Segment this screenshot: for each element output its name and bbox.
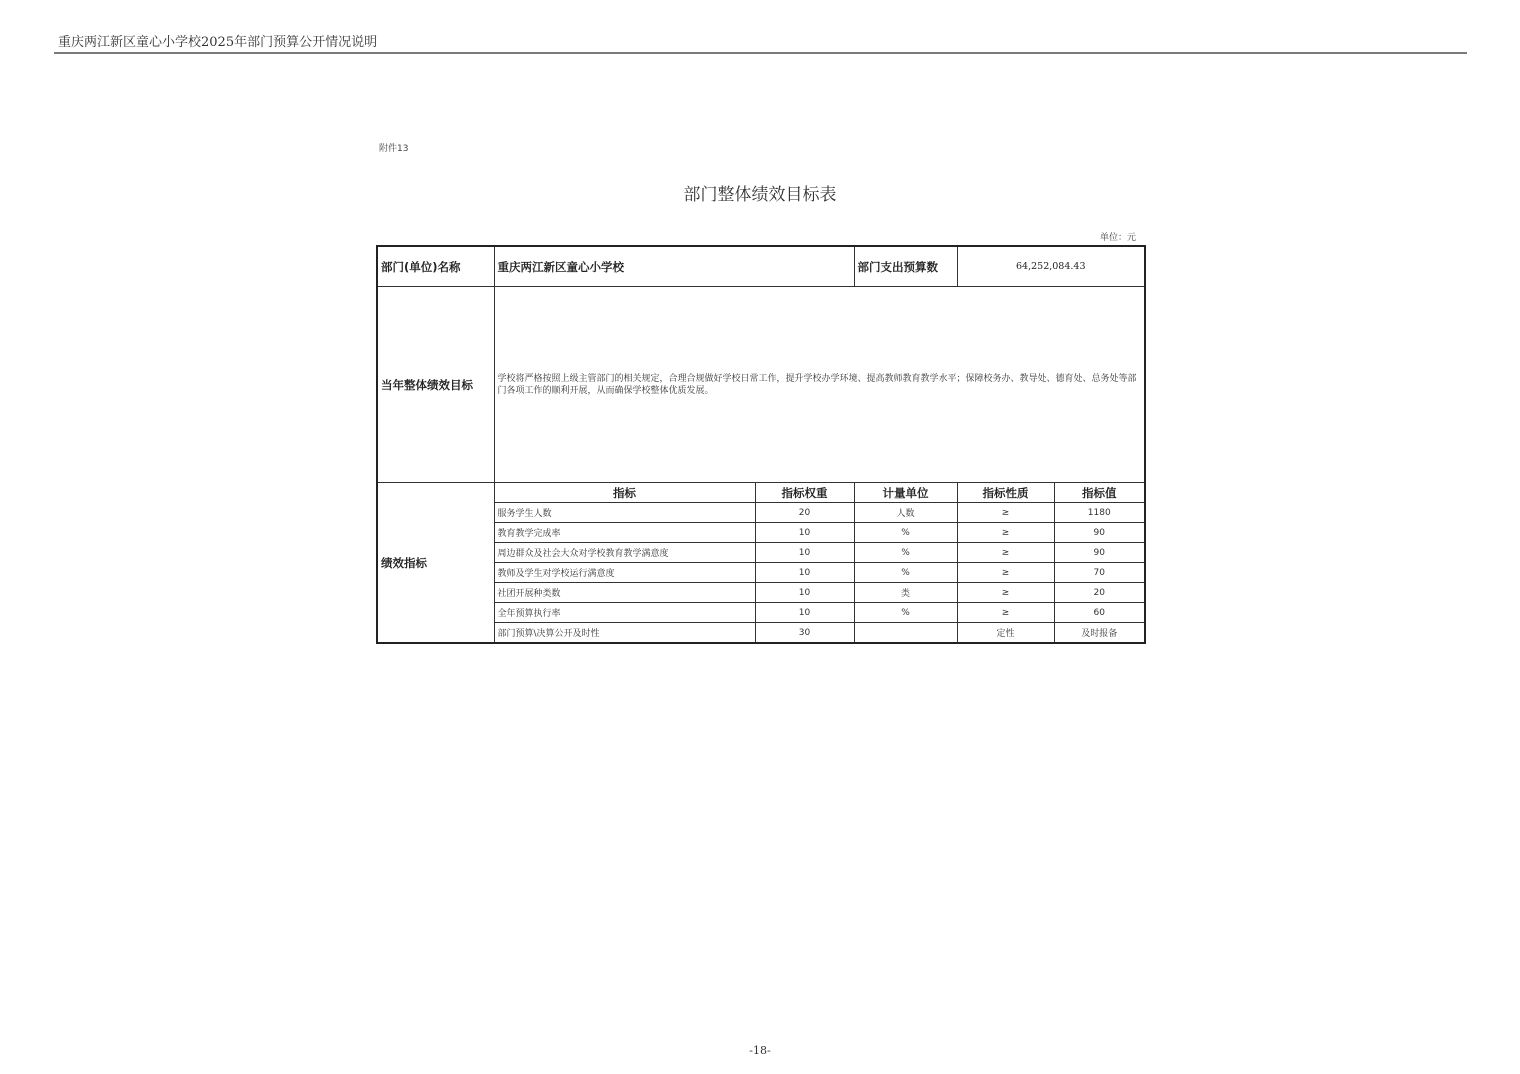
indicator-unit: 人数	[854, 503, 957, 523]
indicator-name: 教师及学生对学校运行满意度	[494, 563, 755, 583]
indicator-value: 70	[1054, 563, 1145, 583]
attachment-label: 附件13	[379, 141, 408, 154]
indicator-weight: 10	[755, 603, 854, 623]
indicator-value: 1180	[1054, 503, 1145, 523]
dept-name-row: 部门(单位)名称 重庆两江新区童心小学校 部门支出预算数 64,252,084.…	[377, 246, 1145, 287]
running-header-title: 重庆两江新区童心小学校2025年部门预算公开情况说明	[58, 31, 377, 50]
budget-value: 64,252,084.43	[957, 246, 1145, 287]
indicator-nature: ≥	[957, 603, 1054, 623]
indicator-name: 周边群众及社会大众对学校教育教学满意度	[494, 543, 755, 563]
indicator-nature: ≥	[957, 563, 1054, 583]
column-header-indicator: 指标	[494, 483, 755, 503]
dept-name-value: 重庆两江新区童心小学校	[494, 246, 854, 287]
indicator-nature: ≥	[957, 503, 1054, 523]
column-header-weight: 指标权重	[755, 483, 854, 503]
indicator-value: 及时报备	[1054, 623, 1145, 644]
indicator-nature: ≥	[957, 523, 1054, 543]
indicator-unit: %	[854, 603, 957, 623]
indicator-weight: 10	[755, 543, 854, 563]
annual-goal-label: 当年整体绩效目标	[377, 287, 494, 483]
document-title: 部门整体绩效目标表	[0, 180, 1520, 205]
indicator-value: 60	[1054, 603, 1145, 623]
indicator-unit: 类	[854, 583, 957, 603]
annual-goal-row: 当年整体绩效目标 学校将严格按照上级主管部门的相关规定，合理合规做好学校日常工作…	[377, 287, 1145, 483]
column-header-unit: 计量单位	[854, 483, 957, 503]
indicator-weight: 20	[755, 503, 854, 523]
dept-name-label: 部门(单位)名称	[377, 246, 494, 287]
indicator-header-row: 绩效指标 指标 指标权重 计量单位 指标性质 指标值	[377, 483, 1145, 503]
indicator-weight: 10	[755, 563, 854, 583]
indicator-unit: %	[854, 543, 957, 563]
indicator-weight: 10	[755, 523, 854, 543]
indicator-nature: 定性	[957, 623, 1054, 644]
column-header-value: 指标值	[1054, 483, 1145, 503]
indicator-nature: ≥	[957, 543, 1054, 563]
indicator-name: 社团开展种类数	[494, 583, 755, 603]
indicator-nature: ≥	[957, 583, 1054, 603]
header-divider	[54, 52, 1467, 54]
column-header-nature: 指标性质	[957, 483, 1054, 503]
indicator-value: 90	[1054, 523, 1145, 543]
indicator-value: 90	[1054, 543, 1145, 563]
indicator-weight: 10	[755, 583, 854, 603]
indicators-label: 绩效指标	[377, 483, 494, 644]
indicator-value: 20	[1054, 583, 1145, 603]
indicator-weight: 30	[755, 623, 854, 644]
budget-label: 部门支出预算数	[854, 246, 957, 287]
annual-goal-text: 学校将严格按照上级主管部门的相关规定，合理合规做好学校日常工作，提升学校办学环境…	[494, 287, 1145, 483]
indicator-name: 部门预算\决算公开及时性	[494, 623, 755, 644]
indicator-unit: %	[854, 523, 957, 543]
indicator-name: 教育教学完成率	[494, 523, 755, 543]
unit-label: 单位：元	[1100, 230, 1136, 243]
indicator-unit: %	[854, 563, 957, 583]
indicator-name: 服务学生人数	[494, 503, 755, 523]
indicator-name: 全年预算执行率	[494, 603, 755, 623]
page-number: -18-	[0, 1044, 1520, 1057]
performance-goal-table: 部门(单位)名称 重庆两江新区童心小学校 部门支出预算数 64,252,084.…	[376, 245, 1146, 644]
indicator-unit	[854, 623, 957, 644]
